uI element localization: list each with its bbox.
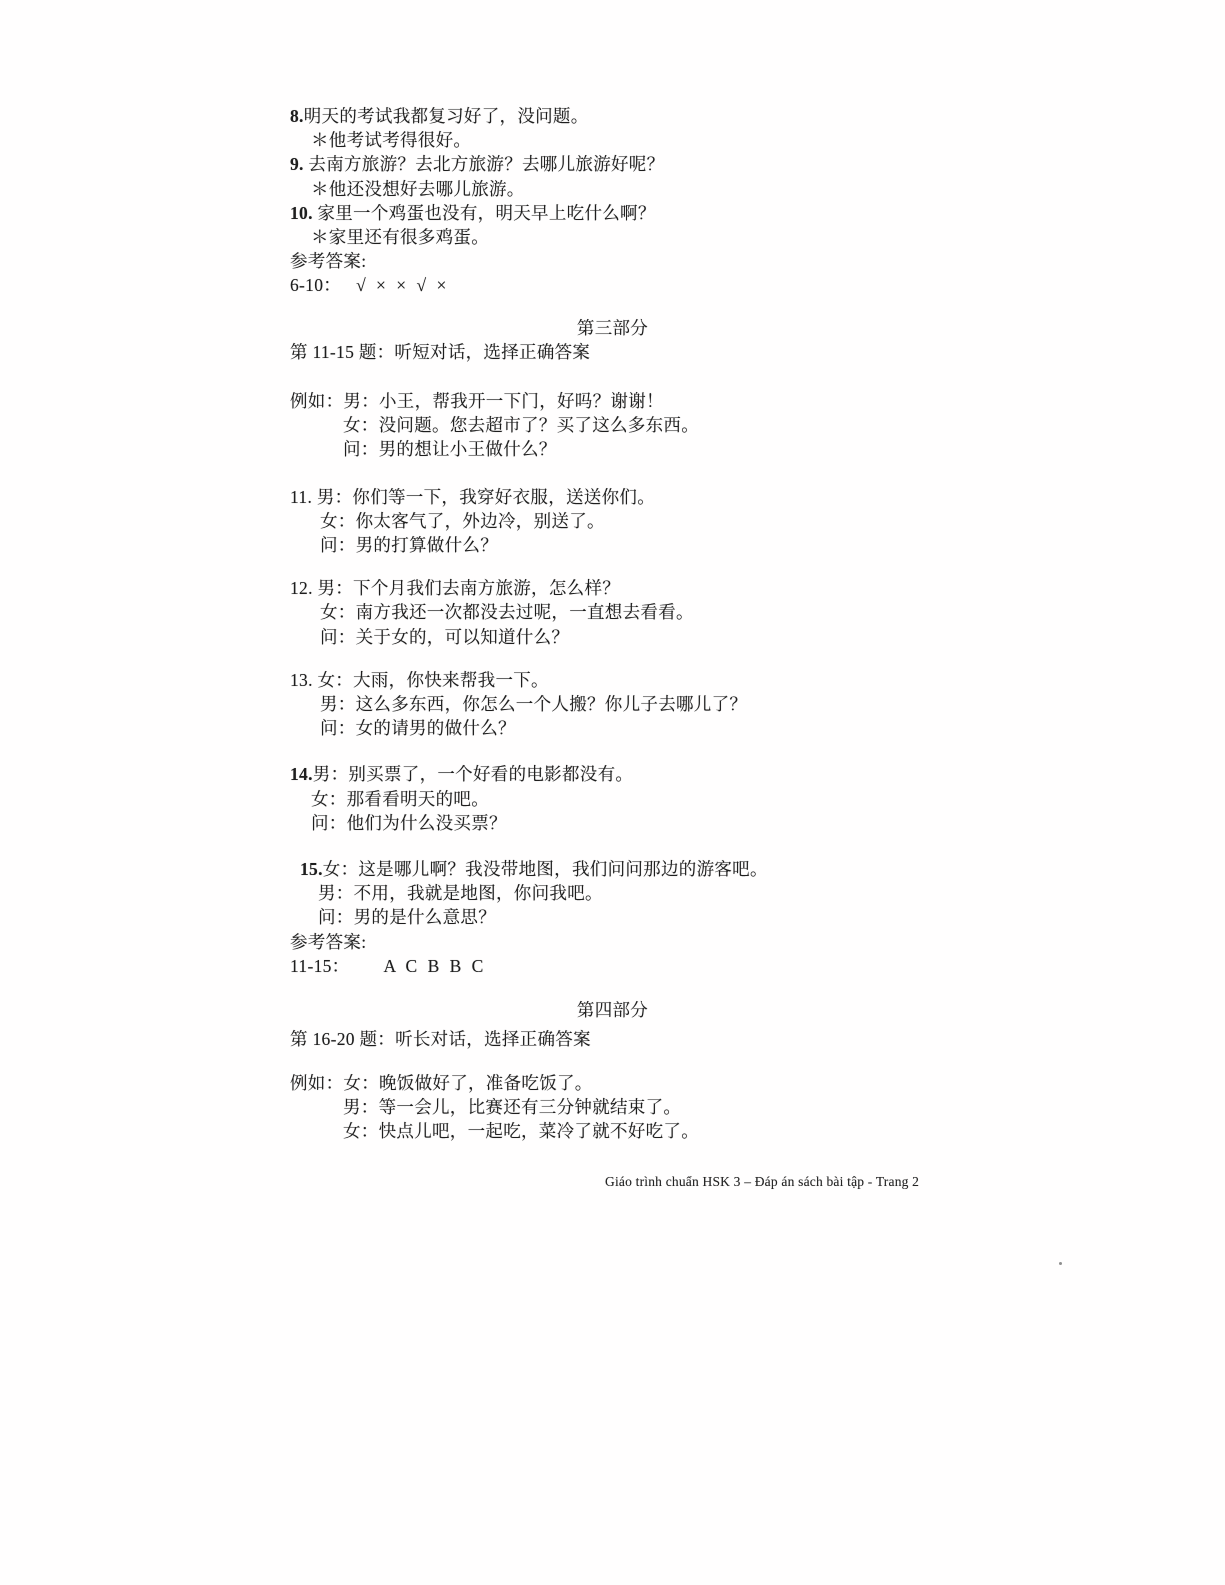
question-9-note: ＊他还没想好去哪儿旅游。 — [311, 177, 990, 201]
question-8-note: ＊他考试考得很好。 — [311, 128, 990, 152]
part3-answer-key: 11-15：A C B B C — [290, 954, 990, 978]
dialog-14-line-3: 问：他们为什么没买票？ — [311, 811, 990, 835]
part4-title: 第四部分 — [290, 998, 935, 1022]
document-page: 8.明天的考试我都复习好了，没问题。 ＊他考试考得很好。 9. 去南方旅游？去北… — [0, 0, 1225, 1585]
part2-answer-label: 参考答案: — [290, 249, 990, 273]
part3-example-line-1: 例如：男：小王，帮我开一下门，好吗？谢谢！ — [290, 389, 990, 413]
dialog-13-line-2: 男：这么多东西，你怎么一个人搬？你儿子去哪儿了？ — [320, 692, 990, 716]
dialog-13-line-1: 13. 女：大雨，你快来帮我一下。 — [290, 668, 990, 692]
dialog-12-number: 12. — [290, 578, 317, 598]
part4-example-line-2: 男：等一会儿，比赛还有三分钟就结束了。 — [343, 1095, 990, 1119]
dialog-14-line-1: 14.男：别买票了，一个好看的电影都没有。 — [290, 762, 990, 786]
dialog-11-line-3: 问：男的打算做什么？ — [320, 533, 990, 557]
part3-answer-label: 参考答案: — [290, 930, 990, 954]
dialog-15-female: 女：这是哪儿啊？我没带地图，我们问问那边的游客吧。 — [323, 859, 768, 879]
question-8-number: 8. — [290, 106, 304, 126]
question-10-text: 家里一个鸡蛋也没有，明天早上吃什么啊？ — [317, 203, 655, 223]
part4-instruction: 第 16-20 题：听长对话，选择正确答案 — [290, 1027, 990, 1051]
part4-example-line-1: 例如：女：晚饭做好了，准备吃饭了。 — [290, 1071, 990, 1095]
dialog-15-line-3: 问：男的是什么意思？ — [318, 905, 990, 929]
page-footer: Giáo trình chuẩn HSK 3 – Đáp án sách bài… — [605, 1174, 919, 1190]
dialog-11-line-1: 11. 男：你们等一下，我穿好衣服，送送你们。 — [290, 485, 990, 509]
part3-answer-range: 11-15： — [290, 956, 349, 976]
dialog-13-number: 13. — [290, 670, 317, 690]
content-column: 8.明天的考试我都复习好了，没问题。 ＊他考试考得很好。 9. 去南方旅游？去北… — [290, 104, 990, 1143]
dialog-15-number: 15. — [300, 859, 323, 879]
dialog-15-line-2: 男：不用，我就是地图，你问我吧。 — [318, 881, 990, 905]
dialog-13-line-3: 问：女的请男的做什么？ — [320, 716, 990, 740]
dialog-12-male: 男：下个月我们去南方旅游，怎么样？ — [317, 578, 620, 598]
part4-example-label: 例如： — [290, 1073, 343, 1093]
question-10-line: 10. 家里一个鸡蛋也没有，明天早上吃什么啊？ — [290, 201, 990, 225]
dialog-14-line-2: 女：那看看明天的吧。 — [311, 787, 990, 811]
part3-answer-letters: A C B B C — [383, 956, 486, 976]
part2-answer-range: 6-10： — [290, 275, 341, 295]
dialog-14-male: 男：别买票了，一个好看的电影都没有。 — [313, 764, 633, 784]
dialog-12-line-2: 女：南方我还一次都没去过呢，一直想去看看。 — [320, 600, 990, 624]
part3-example-line-3: 问：男的想让小王做什么？ — [343, 437, 990, 461]
part3-example-label: 例如： — [290, 391, 343, 411]
dialog-11-line-2: 女：你太客气了，外边冷，别送了。 — [320, 509, 990, 533]
part4-example-line-3: 女：快点儿吧，一起吃，菜冷了就不好吃了。 — [343, 1119, 990, 1143]
question-9-line: 9. 去南方旅游？去北方旅游？去哪儿旅游好呢？ — [290, 152, 990, 176]
question-9-number: 9. — [290, 154, 308, 174]
part4-example-female: 女：晚饭做好了，准备吃饭了。 — [343, 1073, 592, 1093]
dialog-11-number: 11. — [290, 487, 317, 507]
question-10-note: ＊家里还有很多鸡蛋。 — [311, 225, 990, 249]
dialog-14-number: 14. — [290, 764, 313, 784]
dialog-12-line-1: 12. 男：下个月我们去南方旅游，怎么样？ — [290, 576, 990, 600]
dialog-15-line-1: 15.女：这是哪儿啊？我没带地图，我们问问那边的游客吧。 — [300, 857, 990, 881]
question-8-line: 8.明天的考试我都复习好了，没问题。 — [290, 104, 990, 128]
part3-example-male: 男：小王，帮我开一下门，好吗？谢谢！ — [343, 391, 663, 411]
part2-answer-marks: √ × × √ × — [356, 275, 449, 295]
part3-title: 第三部分 — [290, 316, 935, 340]
dialog-13-female: 女：大雨，你快来帮我一下。 — [317, 670, 548, 690]
question-8-text: 明天的考试我都复习好了，没问题。 — [304, 106, 589, 126]
dialog-12-line-3: 问：关于女的，可以知道什么？ — [320, 625, 990, 649]
question-10-number: 10. — [290, 203, 317, 223]
part3-instruction: 第 11-15 题：听短对话，选择正确答案 — [290, 340, 990, 364]
question-9-text: 去南方旅游？去北方旅游？去哪儿旅游好呢？ — [308, 154, 664, 174]
part3-example-line-2: 女：没问题。您去超市了？买了这么多东西。 — [343, 413, 990, 437]
ink-speck — [1059, 1262, 1062, 1265]
dialog-11-male: 男：你们等一下，我穿好衣服，送送你们。 — [317, 487, 655, 507]
part2-answer-key: 6-10：√ × × √ × — [290, 273, 990, 297]
